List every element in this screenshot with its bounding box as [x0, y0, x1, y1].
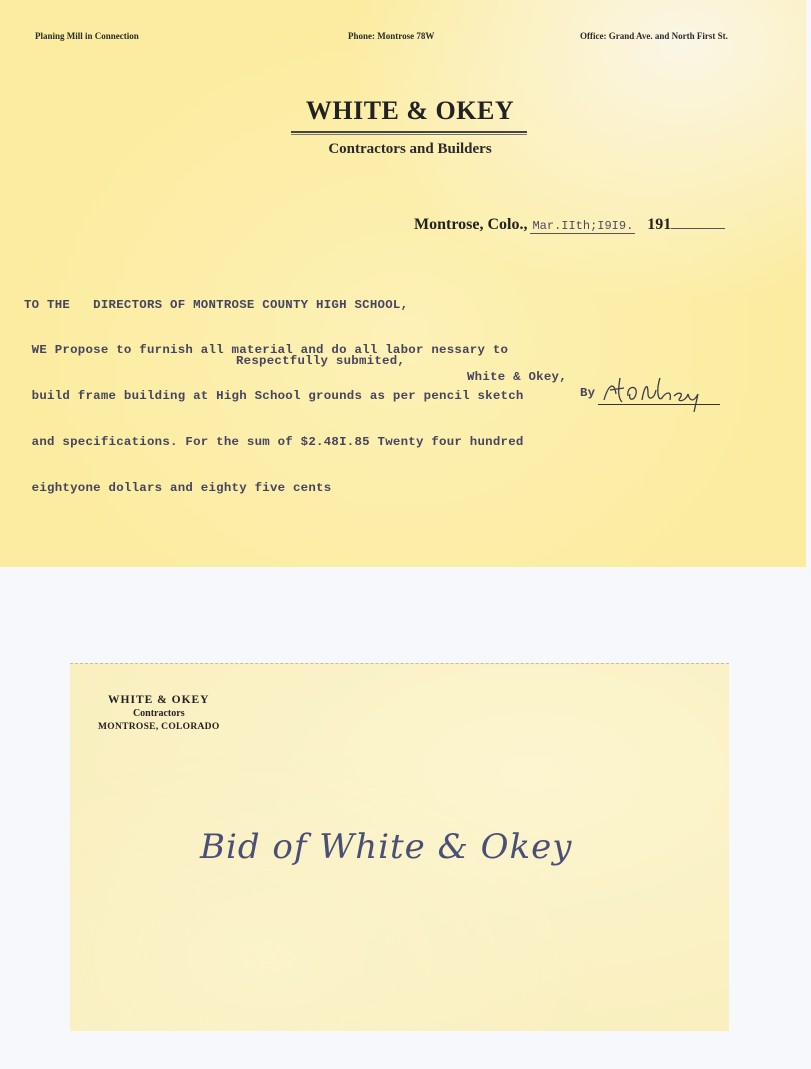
- letterhead-page: Planing Mill in Connection Phone: Montro…: [0, 0, 806, 567]
- letterhead-planing-mill: Planing Mill in Connection: [35, 31, 139, 41]
- letter-body: TO THE DIRECTORS OF MONTROSE COUNTY HIGH…: [24, 267, 524, 527]
- dateline: Montrose, Colo.,Mar.IIth;I9I9.191: [414, 216, 725, 234]
- envelope: WHITE & OKEY Contractors MONTROSE, COLOR…: [70, 663, 729, 1031]
- letterhead-phone: Phone: Montrose 78W: [348, 31, 434, 41]
- firm-name-rule: [291, 131, 527, 135]
- envelope-city: MONTROSE, COLORADO: [98, 722, 220, 732]
- dateline-year-blank: [671, 228, 725, 229]
- dateline-date: Mar.IIth;I9I9.: [530, 219, 635, 234]
- letter-line-salutation: TO THE DIRECTORS OF MONTROSE COUNTY HIGH…: [24, 298, 524, 313]
- envelope-return-address: WHITE & OKEY Contractors MONTROSE, COLOR…: [98, 694, 220, 732]
- signature-by-label: By: [580, 386, 595, 401]
- envelope-firm-name: WHITE & OKEY: [98, 694, 220, 706]
- handwritten-signature: [598, 378, 720, 405]
- envelope-firm-subtitle: Contractors: [98, 708, 220, 719]
- letter-line-amount: and specifications. For the sum of $2.48…: [24, 435, 524, 450]
- letter-line: build frame building at High School grou…: [24, 389, 524, 404]
- firm-subtitle: Contractors and Builders: [0, 141, 811, 158]
- letter-closing: Respectfully submited,: [236, 354, 405, 369]
- envelope-handwritten-note: Bid of White & Okey: [200, 827, 572, 867]
- letter-line: eightyone dollars and eighty five cents: [24, 481, 524, 496]
- firm-name: WHITE & OKEY: [0, 96, 811, 126]
- signature-scribble-icon: [598, 372, 720, 412]
- dateline-year-stub: 191: [647, 216, 671, 233]
- letterhead-office-address: Office: Grand Ave. and North First St.: [580, 31, 728, 41]
- dateline-place: Montrose, Colo.,: [414, 216, 527, 233]
- signature-firm: White & Okey,: [467, 370, 567, 385]
